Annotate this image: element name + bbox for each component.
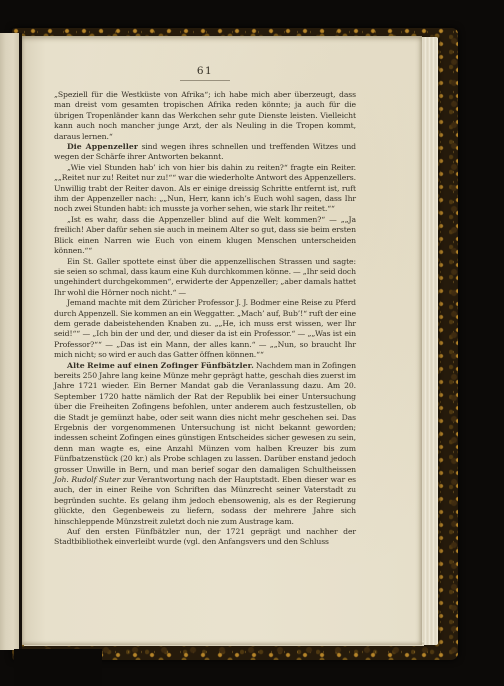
text-segment: Ein St. Galler spottete einst über die a…	[54, 257, 356, 297]
text-segment: „Ist es wahr, dass die Appenzeller blind…	[54, 215, 356, 255]
paragraph: Ein St. Galler spottete einst über die a…	[54, 257, 356, 299]
book-photo: { "page": { "number": "61", "paragraphs"…	[0, 0, 504, 686]
paragraph: Alte Reime auf einen Zofinger Fünfbätzle…	[54, 361, 356, 528]
page-header: 61	[54, 59, 356, 81]
paragraph-bold-lead: Die Appenzeller	[67, 142, 138, 151]
paragraph: „Speziell für die Westküste von Afrika“;…	[54, 90, 356, 142]
paragraph: Jemand machte mit dem Züricher Professor…	[54, 298, 356, 360]
italic-person-name: Joh. Rudolf Suter	[54, 475, 120, 484]
page-fore-edge	[421, 37, 438, 645]
left-page-gutter-edge	[0, 33, 22, 650]
book-page: 61 „Speziell für die Westküste von Afrik…	[22, 36, 422, 645]
paragraph-bold-lead: Alte Reime auf einen Zofinger Fünfbätzle…	[67, 361, 254, 370]
text-segment: Auf den ersten Fünfbätzler nun, der 1721…	[54, 527, 356, 546]
text-segment: Nachdem man in Zofingen bereits 250 Jahr…	[54, 361, 356, 474]
text-segment: Jemand machte mit dem Züricher Professor…	[54, 298, 356, 359]
paragraph: „Ist es wahr, dass die Appenzeller blind…	[54, 215, 356, 257]
paragraph: Auf den ersten Fünfbätzler nun, der 1721…	[54, 527, 356, 548]
page-number: 61	[180, 65, 230, 81]
bottom-left-board-shadow	[14, 649, 102, 686]
paragraph: Die Appenzeller sind wegen ihres schnell…	[54, 142, 356, 163]
page-text: „Speziell für die Westküste von Afrika“;…	[54, 90, 356, 548]
paragraph: „Wie viel Stunden hab’ ich von hier bis …	[54, 163, 356, 215]
text-segment: „Speziell für die Westküste von Afrika“;…	[54, 90, 356, 141]
text-segment: „Wie viel Stunden hab’ ich von hier bis …	[54, 163, 356, 214]
